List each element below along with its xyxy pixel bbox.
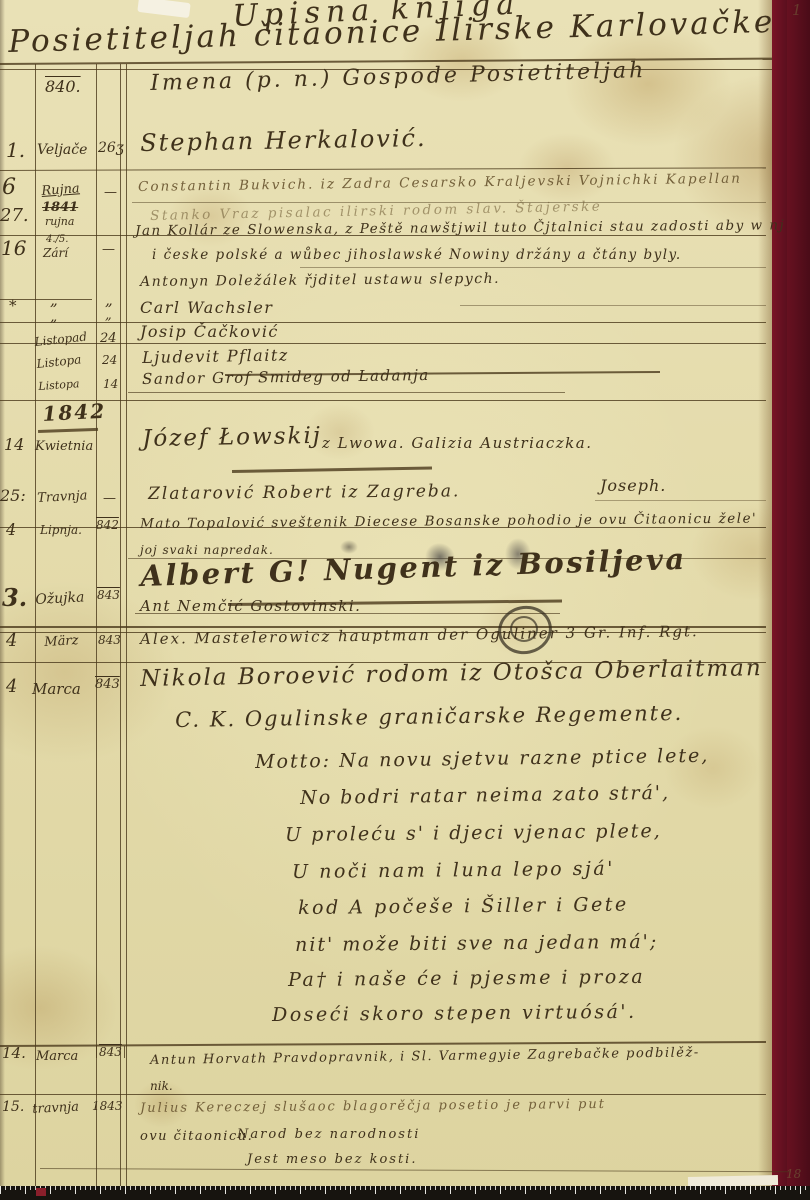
row-rule [128,392,565,393]
entry-15-motto-line: U noči nam i luna lepo sjá' [292,860,615,882]
entry-8-name: Sandor Grof Smideg od Ladanja [142,368,430,387]
entry-17-day: 1843 [92,1100,123,1112]
entry-6-name: Josip Čačković [140,324,279,340]
entry-13-day: 843 [97,589,120,601]
entry-4-no: ⁎ [9,294,17,309]
entry-4-month: „ [50,293,58,308]
entry-6-day: 24 [100,332,117,345]
entry-9-name: Józef Łowskij [142,425,322,451]
entry-2-month2: rujna [45,216,74,227]
entry-14-month: März [44,634,79,649]
entry-9-note: Joseph. [600,478,666,494]
entry-8-day: 14 [103,378,118,390]
row-rule [0,322,766,323]
entry-13-no: 3. [2,586,27,610]
entry-14-day: 843 [98,634,121,646]
table-rule-vertical [96,64,97,1186]
entry-15-motto-line: No bodri ratar neima zato strá', [300,784,670,808]
table-rule-vertical [126,64,127,1186]
entry-16-no: 14. [2,1046,26,1061]
row-rule [460,305,766,306]
entry-15-no: 4 [6,678,17,696]
entry-1-month: Rujna [41,182,80,198]
entry-11-day: 842 [96,519,119,531]
entry-1-no: 6 [2,177,16,199]
entry-15-motto-line: kod A počeše i Šiller i Gete [298,896,629,918]
entry-3-day: — [102,243,115,256]
entry-14-no: 4 [6,632,17,650]
entry-3-no: 16 [1,238,26,258]
entry-16-month: Marca [36,1050,78,1063]
row-rule [595,500,766,501]
entry-10-month: Travnja [37,489,88,505]
entry-5-name: Carl Wachsler [140,300,273,316]
page-number-bottom: 18 [786,1168,801,1180]
entry-4-day: „ [105,293,113,308]
entry-3-name2: i česke polské a wůbec jihoslawské Nowin… [152,249,682,263]
entry-10-no: 25: [0,488,26,504]
entry-16-name2: nik. [150,1080,173,1092]
entry-13-name: Ant Nemčić Gostovinski. [140,599,361,614]
entry-7-name: Ljudevit Pflaitz [142,347,289,366]
entry-9-name2: z Lwowa. Galizia Austriaczka. [322,436,593,451]
entry-15-motto-line: U proleću s' i djeci vjenac plete, [285,822,662,845]
row-rule [0,1094,766,1095]
entry-11-name2: joj svaki napredak. [140,544,274,556]
page-right-edge [758,0,772,1200]
entry-2-no: 27. [0,207,29,225]
entry-0-no: 1. [6,140,25,160]
entry-3-month2: Zárí [43,247,68,259]
entry-9-no: 14 [4,437,24,453]
entry-17-month: travnja [32,1101,79,1116]
row-rule [0,400,766,401]
entry-17-aphorism2: Jest meso bez kosti. [247,1153,417,1166]
entry-9-month: Kwietnia [35,440,93,453]
ruler-red-chip [36,1188,46,1196]
entry-15-motto-line: nit' može biti sve na jedan má'; [295,933,658,955]
page-number-top: 1 [792,3,802,18]
table-rule-vertical [120,64,121,1186]
entry-11-no: 4 [6,522,16,538]
entry-15-motto-line: Pa† i naše će i pjesme i proza [288,968,645,990]
entry-10-day: — [103,492,116,505]
entry-17-no: 15. [2,1100,24,1114]
year-divider: 1842 [42,401,107,424]
row-rule [300,267,766,268]
entry-15-day: 843 [95,678,120,691]
entry-2-month: 1841 [42,201,78,214]
entry-10-name: Zlatarović Robert iz Zagreba. [148,483,460,503]
entry-17-aphorism1: Narod bez narodnosti [237,1128,420,1141]
manuscript-page-photo: Upisna knjiga Posietiteljah čitaonice Il… [0,0,810,1200]
entry-17-name: Julius Kereczej slušaoc blagorěčja poset… [140,1098,606,1115]
table-rule-vertical [35,64,36,1186]
entry-1-day: — [104,186,117,199]
entry-11-month: Lipnja. [40,524,82,536]
entry-7-day: 24 [102,354,117,366]
entry-0-name: Stephan Herkalović. [140,126,427,155]
entry-3-month: 4./5. [46,235,68,245]
entry-0-month: Veljače [37,143,87,157]
entry-16-day: 843 [96,1046,125,1058]
entry-4-name: Antonyn Doležálek řjditel ustawu slepych… [140,272,500,289]
entry-13-month: Ožujka [35,590,85,607]
ruler-strip [0,1186,810,1200]
entry-15-month: Marca [32,682,81,697]
entry-15-motto-line: Doseći skoro stepen virtuósá'. [272,1003,637,1025]
entry-5-month: „ [50,310,57,324]
column-year-header: 840. [45,79,81,95]
entry-5-day: „ [105,309,112,322]
entry-8-month: Listopa [38,378,80,392]
entry-0-day: 26ʒ [98,141,124,155]
binding-edge [772,0,810,1200]
